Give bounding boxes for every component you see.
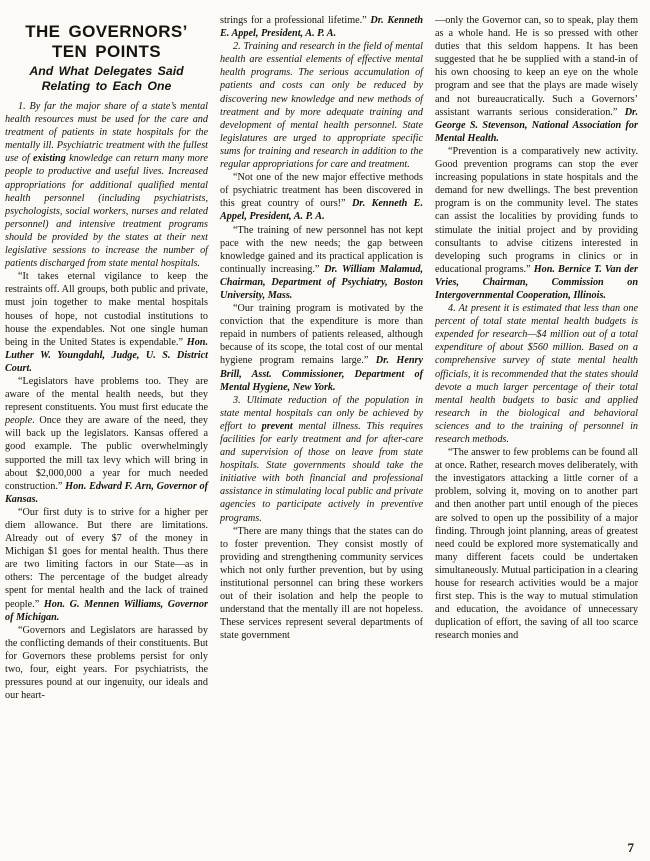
paragraph: “There are many things that the states c…	[220, 525, 423, 643]
text-segment: “Our first duty is to strive for a highe…	[5, 507, 208, 610]
paragraph: “The answer to few problems can be found…	[435, 446, 638, 642]
text-segment: “Prevention is a comparatively new activ…	[435, 146, 638, 275]
text-segment: “Legislators have problems too. They are…	[5, 376, 208, 413]
paragraph: “Prevention is a comparatively new activ…	[435, 145, 638, 302]
paragraph: “Not one of the new major effective meth…	[220, 171, 423, 223]
text-segment: —only the Governor can, so to speak, pla…	[435, 15, 638, 118]
attribution-or-emphasis: existing	[33, 153, 66, 164]
paragraph: “Legislators have problems too. They are…	[5, 375, 208, 506]
article-columns: THE GOVERNORS’ TEN POINTS And What Deleg…	[0, 0, 650, 702]
column-1-body: 1. By far the major share of a state’s m…	[5, 100, 208, 702]
magazine-page: THE GOVERNORS’ TEN POINTS And What Deleg…	[0, 0, 650, 861]
text-segment: “The answer to few problems can be found…	[435, 447, 638, 641]
paragraph: 3. Ultimate reduction of the population …	[220, 394, 423, 525]
paragraph: “It takes eternal vigilance to keep the …	[5, 270, 208, 375]
column-2-body: strings for a professional lifetime.” Dr…	[220, 14, 423, 643]
text-segment: “There are many things that the states c…	[220, 526, 423, 642]
text-segment: people	[5, 415, 32, 426]
paragraph: —only the Governor can, so to speak, pla…	[435, 14, 638, 145]
column-3: —only the Governor can, so to speak, pla…	[435, 14, 638, 702]
attribution-or-emphasis: prevent	[262, 421, 293, 432]
paragraph: “Our training program is motivated by th…	[220, 302, 423, 394]
paragraph: 1. By far the major share of a state’s m…	[5, 100, 208, 270]
article-subtitle: And What Delegates Said Relating to Each…	[5, 64, 208, 93]
text-segment: “It takes eternal vigilance to keep the …	[5, 271, 208, 347]
paragraph: 2. Training and research in the field of…	[220, 40, 423, 171]
page-number: 7	[628, 840, 635, 856]
column-3-body: —only the Governor can, so to speak, pla…	[435, 14, 638, 643]
text-segment: “Governors and Legislators are harassed …	[5, 625, 208, 701]
paragraph: strings for a professional lifetime.” Dr…	[220, 14, 423, 40]
text-segment: mental illness. This requires facilities…	[220, 421, 423, 524]
column-1: THE GOVERNORS’ TEN POINTS And What Deleg…	[5, 14, 208, 702]
text-segment: 4. At present it is estimated that less …	[435, 303, 638, 445]
paragraph: “Governors and Legislators are harassed …	[5, 624, 208, 703]
paragraph: 4. At present it is estimated that less …	[435, 302, 638, 446]
text-segment: 2. Training and research in the field of…	[220, 41, 423, 170]
column-2: strings for a professional lifetime.” Dr…	[220, 14, 423, 702]
paragraph: “Our first duty is to strive for a highe…	[5, 506, 208, 624]
paragraph: “The training of new personnel has not k…	[220, 224, 423, 303]
text-segment: strings for a professional lifetime.”	[220, 15, 370, 26]
text-segment: knowledge can return many more people to…	[5, 153, 208, 269]
article-title: THE GOVERNORS’ TEN POINTS	[9, 22, 204, 61]
